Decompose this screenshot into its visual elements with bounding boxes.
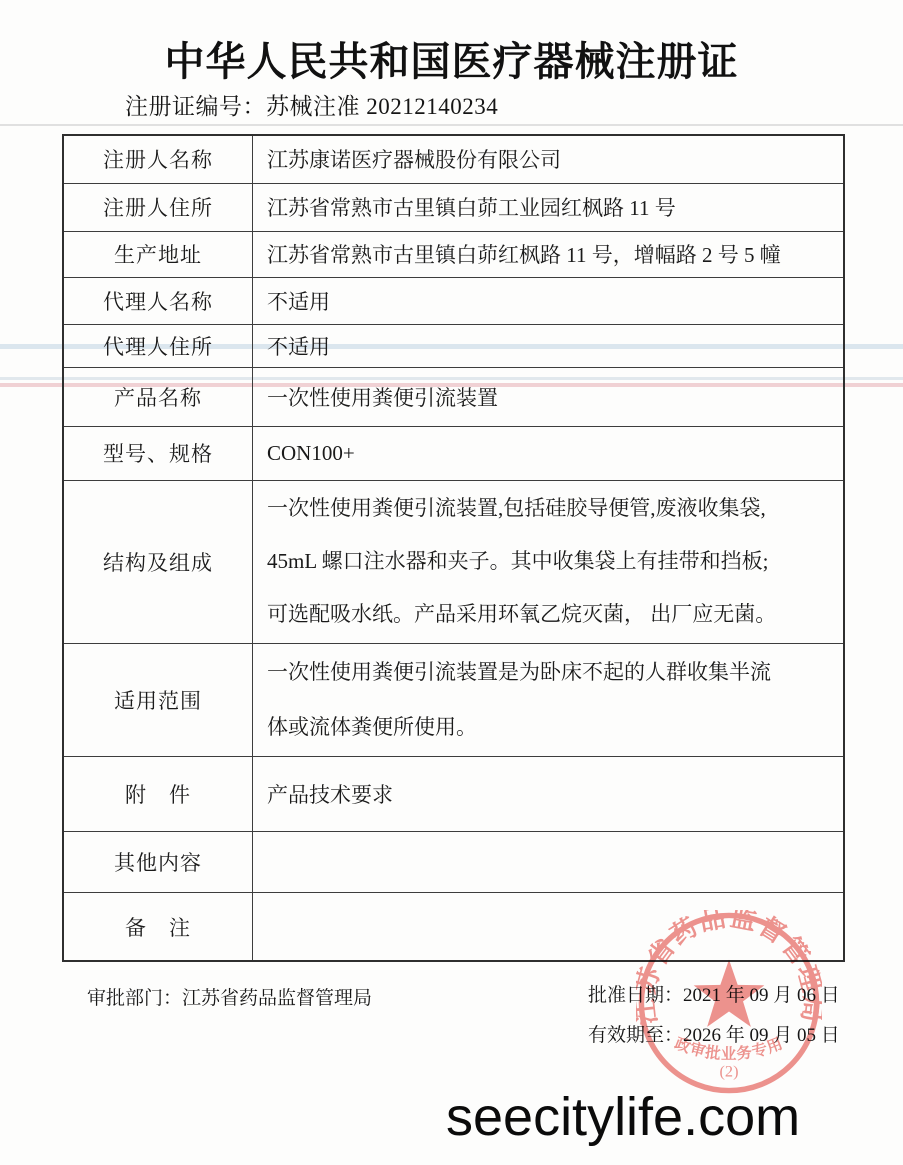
certificate-page: 中华人民共和国医疗器械注册证 注册证编号：苏械注准 20212140234 注册… — [0, 0, 903, 1165]
row-value: 江苏康诺医疗器械股份有限公司 — [253, 136, 843, 183]
row-label: 适用范围 — [64, 644, 253, 756]
row-value — [253, 893, 843, 960]
row-label: 附 件 — [64, 757, 253, 831]
row-value: 不适用 — [253, 278, 843, 324]
table-row: 结构及组成 一次性使用粪便引流装置,包括硅胶导便管,废液收集袋, 45mL 螺口… — [64, 480, 843, 642]
row-label: 生产地址 — [64, 232, 253, 278]
table-row: 注册人名称 江苏康诺医疗器械股份有限公司 — [64, 136, 843, 183]
value-line: 江苏省常熟市古里镇白茆工业园红枫路 11 号 — [267, 192, 837, 222]
registration-number-label: 注册证编号： — [125, 94, 266, 119]
row-value: 产品技术要求 — [253, 757, 843, 831]
row-label: 其他内容 — [64, 832, 253, 893]
valid-until-date: 有效期至：2026 年 09 月 05 日 — [588, 1020, 840, 1047]
row-value: 一次性使用粪便引流装置,包括硅胶导便管,废液收集袋, 45mL 螺口注水器和夹子… — [253, 481, 843, 642]
value-line: 一次性使用粪便引流装置,包括硅胶导便管,废液收集袋, — [267, 482, 837, 535]
approval-department: 审批部门：江苏省药品监督管理局 — [87, 983, 372, 1010]
scan-artifact-line — [0, 124, 903, 126]
table-row: 适用范围 一次性使用粪便引流装置是为卧床不起的人群收集半流 体或流体粪便所使用。 — [64, 643, 843, 756]
value-line: 不适用 — [267, 286, 837, 316]
row-label: 结构及组成 — [64, 481, 253, 642]
row-value: 一次性使用粪便引流装置是为卧床不起的人群收集半流 体或流体粪便所使用。 — [253, 644, 843, 756]
table-row: 代理人住所 不适用 — [64, 324, 843, 367]
value-line: 45mL 螺口注水器和夹子。其中收集袋上有挂带和挡板; — [267, 535, 837, 588]
table-row: 代理人名称 不适用 — [64, 277, 843, 324]
value-line: 不适用 — [267, 331, 837, 361]
row-value: 不适用 — [253, 325, 843, 367]
registration-number-value: 苏械注准 20212140234 — [266, 94, 498, 119]
row-label: 型号、规格 — [64, 427, 253, 481]
row-label: 备 注 — [64, 893, 253, 960]
table-row: 注册人住所 江苏省常熟市古里镇白茆工业园红枫路 11 号 — [64, 183, 843, 231]
row-value: CON100+ — [253, 427, 843, 481]
value-line: 江苏省常熟市古里镇白茆红枫路 11 号，增幅路 2 号 5 幢 — [267, 239, 837, 269]
table-row: 生产地址 江苏省常熟市古里镇白茆红枫路 11 号，增幅路 2 号 5 幢 — [64, 231, 843, 278]
row-value — [253, 832, 843, 893]
value-line: 可选配吸水纸。产品采用环氧乙烷灭菌， 出厂应无菌。 — [267, 588, 837, 641]
row-label: 代理人住所 — [64, 325, 253, 367]
row-value: 江苏省常熟市古里镇白茆红枫路 11 号，增幅路 2 号 5 幢 — [253, 232, 843, 278]
watermark-text: seecitylife.com — [446, 1086, 800, 1148]
row-value: 江苏省常熟市古里镇白茆工业园红枫路 11 号 — [253, 184, 843, 231]
value-line: 江苏康诺医疗器械股份有限公司 — [267, 144, 837, 174]
approval-date-value: 2021 年 09 月 06 日 — [683, 985, 840, 1006]
certificate-table: 注册人名称 江苏康诺医疗器械股份有限公司 注册人住所 江苏省常熟市古里镇白茆工业… — [62, 134, 845, 962]
valid-until-label: 有效期至： — [588, 1025, 683, 1046]
registration-number-line: 注册证编号：苏械注准 20212140234 — [125, 88, 498, 121]
row-label: 代理人名称 — [64, 278, 253, 324]
row-label: 注册人住所 — [64, 184, 253, 231]
table-row: 其他内容 — [64, 831, 843, 893]
row-label: 产品名称 — [64, 368, 253, 426]
table-row: 产品名称 一次性使用粪便引流装置 — [64, 367, 843, 426]
table-row: 备 注 — [64, 892, 843, 960]
value-line: 一次性使用粪便引流装置 — [267, 382, 837, 412]
approval-date: 批准日期：2021 年 09 月 06 日 — [588, 980, 840, 1007]
approval-department-label: 审批部门： — [87, 988, 182, 1009]
value-line: CON100+ — [267, 441, 837, 466]
seal-number: (2) — [720, 1063, 739, 1081]
certificate-title: 中华人民共和国医疗器械注册证 — [0, 30, 903, 87]
value-line: 体或流体粪便所使用。 — [267, 700, 837, 755]
row-value: 一次性使用粪便引流装置 — [253, 368, 843, 426]
table-row: 附 件 产品技术要求 — [64, 756, 843, 831]
approval-date-label: 批准日期： — [588, 985, 683, 1006]
value-line: 一次性使用粪便引流装置是为卧床不起的人群收集半流 — [267, 645, 837, 700]
approval-department-value: 江苏省药品监督管理局 — [182, 988, 372, 1009]
row-label: 注册人名称 — [64, 136, 253, 183]
table-row: 型号、规格 CON100+ — [64, 426, 843, 481]
value-line: 产品技术要求 — [267, 779, 837, 809]
valid-until-value: 2026 年 09 月 05 日 — [683, 1025, 840, 1046]
